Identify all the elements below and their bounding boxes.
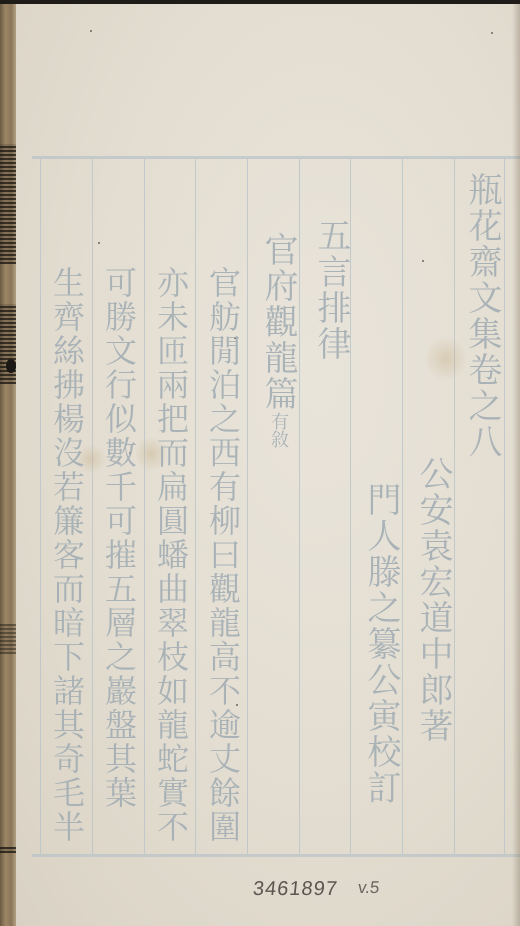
column-rule — [454, 159, 455, 854]
page-curl-shadow — [512, 4, 520, 926]
body-column-4: 生齊絲拂楊沒若簾客而暗下諸其奇毛半 — [50, 266, 83, 844]
poem-title-text: 官府觀龍篇 — [258, 232, 298, 412]
paper-speck — [422, 260, 424, 262]
call-number: 3461897 — [252, 878, 339, 901]
section-heading: 五言排律 — [311, 218, 351, 362]
column-rule — [402, 159, 403, 854]
spine-ink-bleed — [0, 624, 16, 654]
column-rule — [92, 159, 93, 854]
body-column-1: 官舫閒泊之西有柳曰觀龍高不逾丈餘圍 — [206, 266, 239, 844]
column-rule — [144, 159, 145, 854]
body-column-2: 亦未匝兩把而扁圓蟠曲翠枝如龍蛇實不 — [154, 266, 187, 844]
column-rule — [195, 159, 196, 854]
column-rule — [504, 159, 505, 854]
paper-speck — [98, 242, 100, 244]
paper-leaf: 瓶花齋文集卷之八 公安袁宏道中郎著 門人滕之纂公寅校訂 五言排律 官府觀龍篇有敘… — [16, 4, 520, 926]
column-rule — [247, 159, 248, 854]
column-rule — [40, 159, 41, 854]
spine-ink-spot — [6, 359, 16, 373]
poem-title-note: 有敘 — [268, 412, 289, 448]
volume-mark: v.5 — [357, 878, 381, 898]
volume-title: 瓶花齋文集卷之八 — [462, 172, 502, 460]
body-column-3: 可勝文行似數千可摧五層之巖盤其葉 — [102, 266, 135, 810]
spine-ink-bleed — [0, 847, 16, 853]
scanned-book-page: 瓶花齋文集卷之八 公安袁宏道中郎著 門人滕之纂公寅校訂 五言排律 官府觀龍篇有敘… — [0, 0, 520, 926]
paper-stain — [426, 334, 466, 384]
editor-line: 門人滕之纂公寅校訂 — [361, 482, 401, 806]
paper-speck — [90, 30, 92, 32]
paper-speck — [491, 32, 493, 34]
column-rule — [299, 159, 300, 854]
poem-title: 官府觀龍篇有敘 — [258, 232, 298, 448]
page-frame-top — [32, 156, 520, 159]
page-frame-bottom — [32, 854, 520, 857]
spine-ink-bleed — [0, 144, 16, 264]
book-spine-edge — [0, 4, 16, 926]
author-line: 公安袁宏道中郎著 — [413, 456, 453, 744]
